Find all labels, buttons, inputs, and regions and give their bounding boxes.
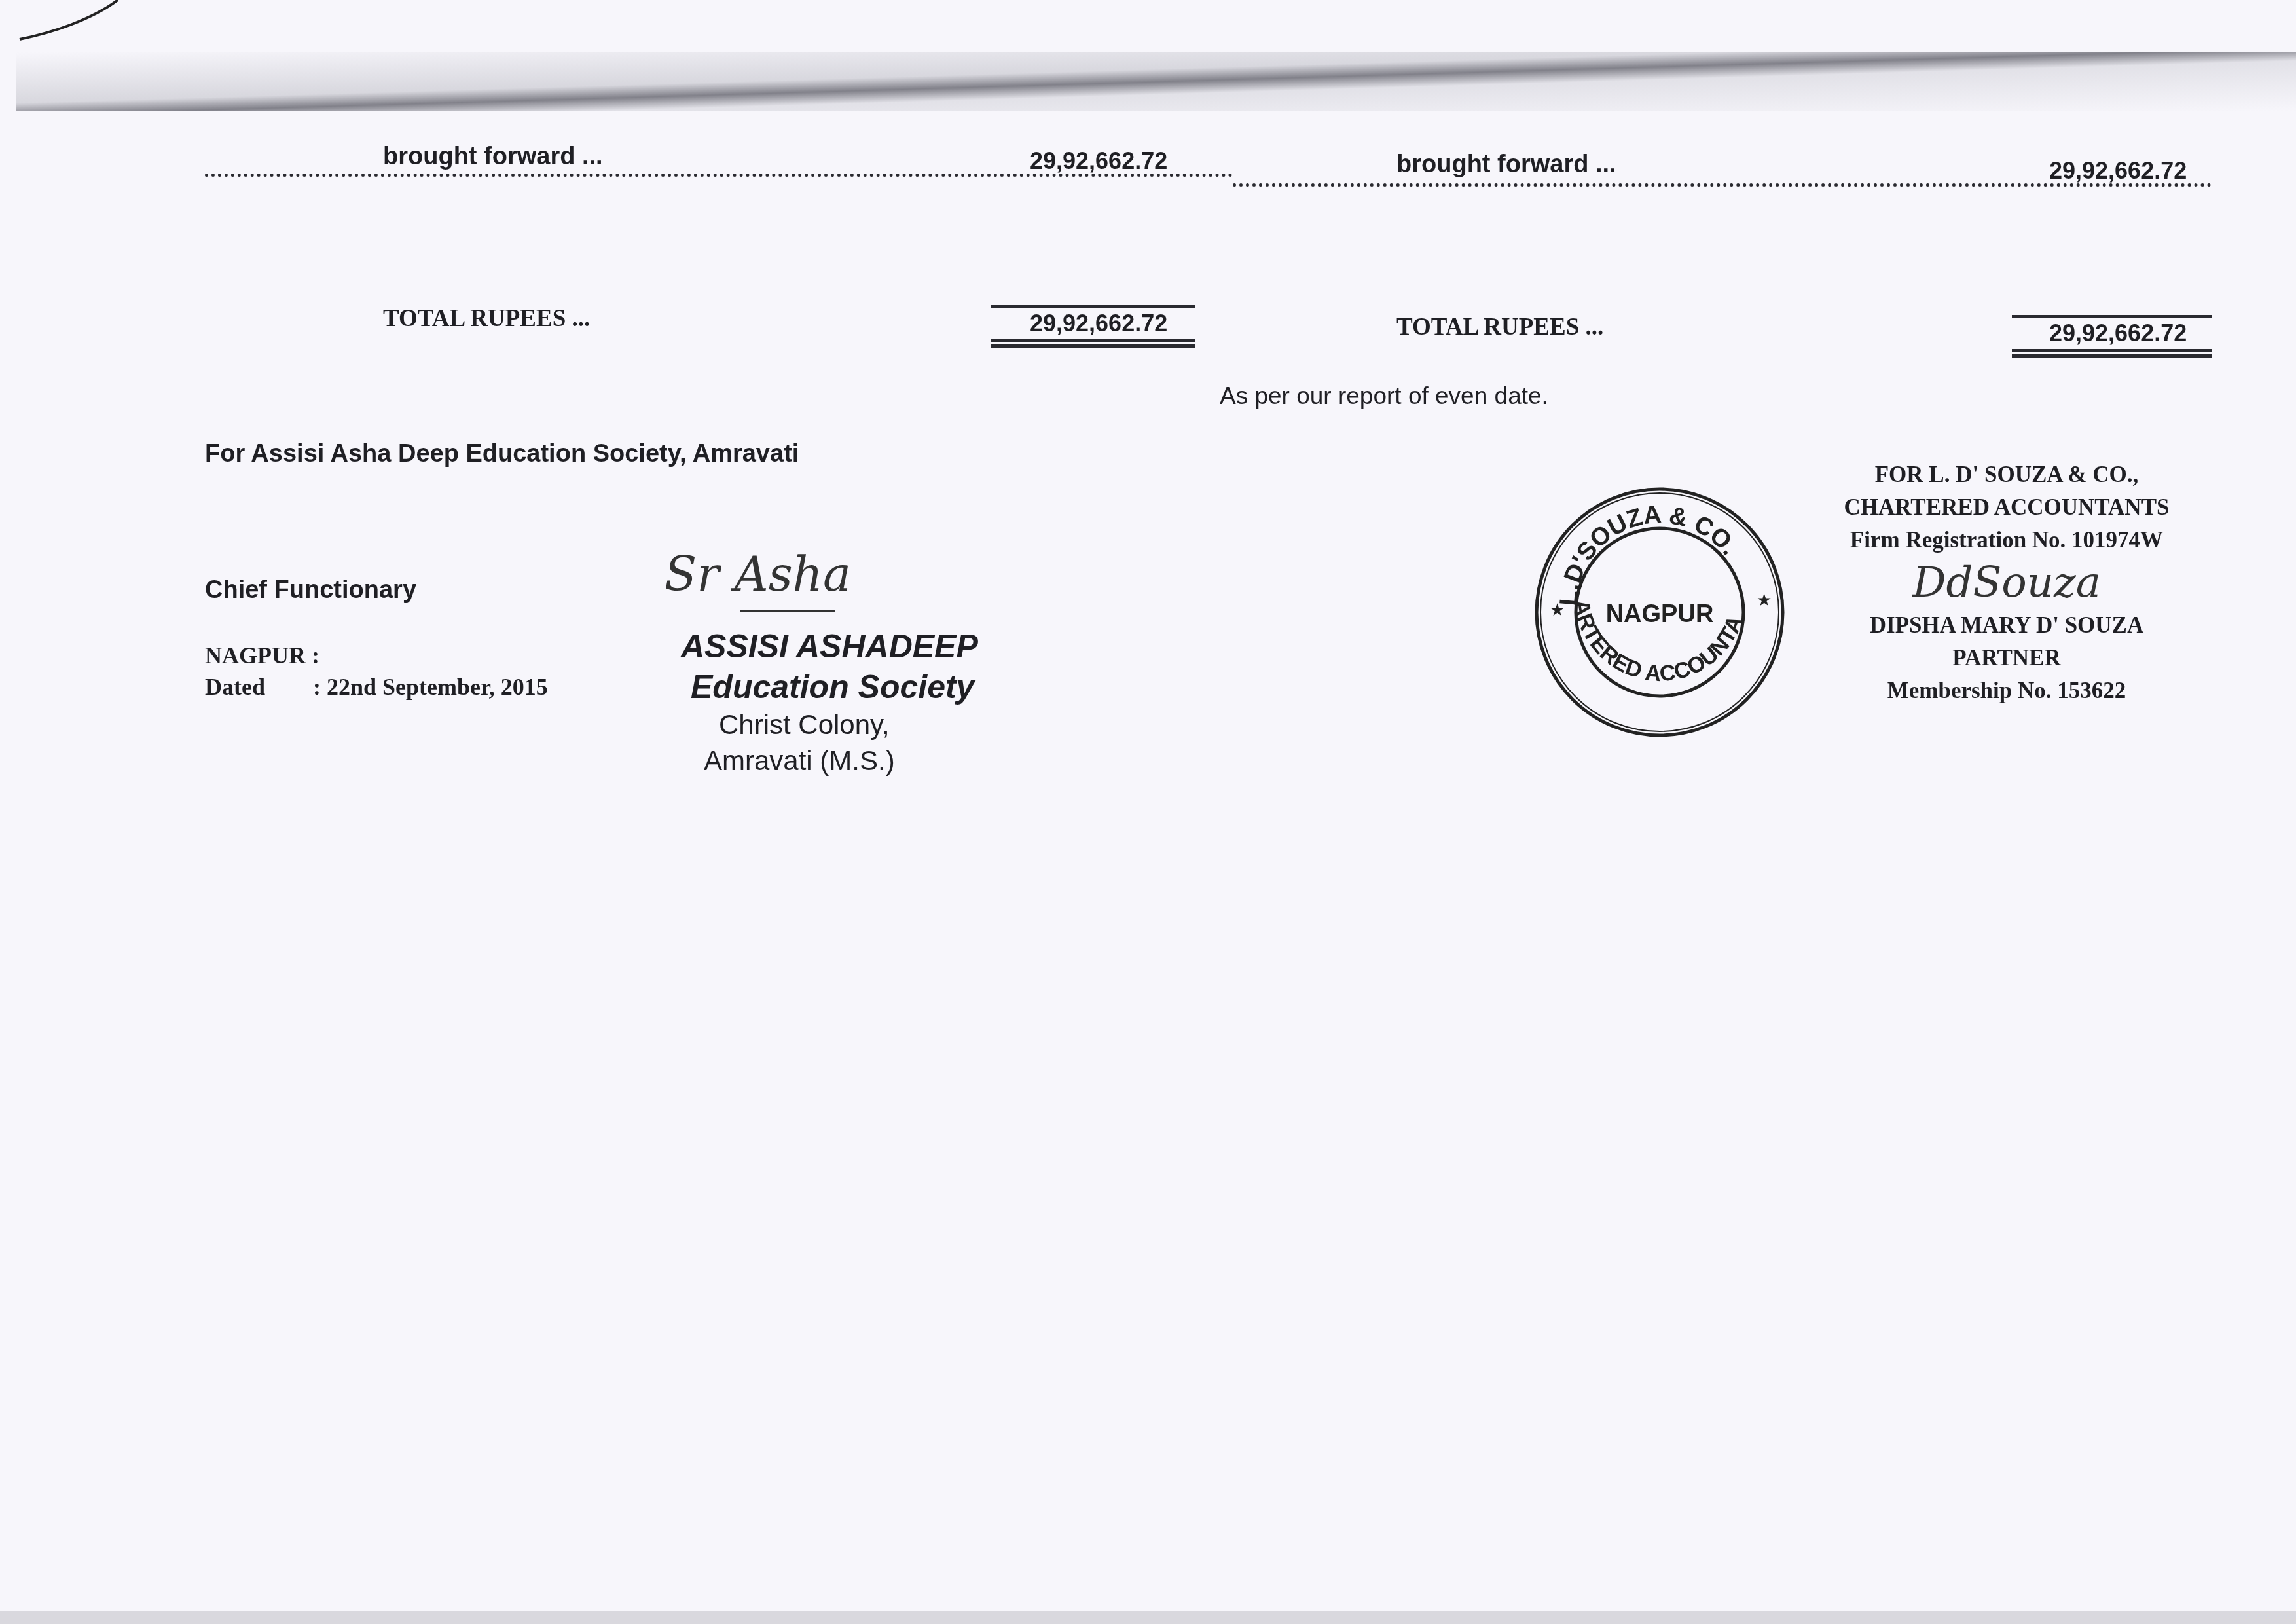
- auditor-firm-registration: Firm Registration No. 101974W: [1800, 524, 2213, 557]
- seal-star-right-icon: ★: [1757, 590, 1772, 610]
- auditor-seal: L.D'SOUZA & CO. CHARTERED ACCOUNTANTS NA…: [1529, 481, 1791, 747]
- place-label: NAGPUR :: [205, 642, 319, 669]
- left-brought-forward-amount: 29,92,662.72: [1030, 147, 1167, 175]
- society-heading: For Assisi Asha Deep Education Society, …: [205, 440, 799, 468]
- right-total-double-rule-2: [2012, 354, 2212, 358]
- right-total-top-rule: [2012, 315, 2212, 318]
- left-dotted-rule: [205, 174, 1233, 177]
- auditor-partner-title: PARTNER: [1800, 642, 2213, 674]
- left-total-double-rule-2: [991, 344, 1195, 348]
- right-total-amount: 29,92,662.72: [2049, 320, 2187, 347]
- left-total-label: TOTAL RUPEES ...: [383, 304, 590, 333]
- right-brought-forward-label: brought forward ...: [1396, 151, 1616, 179]
- society-stamp-line1: ASSISI ASHADEEP: [681, 627, 978, 665]
- society-stamp-line2: Education Society: [691, 668, 974, 706]
- left-total-top-rule: [991, 305, 1195, 308]
- chief-functionary-label: Chief Functionary: [205, 576, 416, 604]
- chief-functionary-signature: Sr Asha: [665, 547, 851, 602]
- right-total-double-rule-1: [2012, 349, 2212, 352]
- left-total-amount: 29,92,662.72: [1030, 310, 1167, 337]
- seal-star-left-icon: ★: [1550, 600, 1565, 619]
- right-brought-forward-amount: 29,92,662.72: [2049, 157, 2187, 185]
- auditor-designation-line: CHARTERED ACCOUNTANTS: [1800, 491, 2213, 524]
- society-stamp-line4: Amravati (M.S.): [704, 745, 895, 777]
- right-dotted-rule: [1233, 183, 2212, 187]
- report-note: As per our report of even date.: [1220, 382, 1548, 410]
- right-total-label: TOTAL RUPEES ...: [1396, 313, 1603, 341]
- dated-label: Dated: [205, 673, 265, 701]
- auditor-firm-line: FOR L. D' SOUZA & CO.,: [1800, 458, 2213, 491]
- auditor-membership-no: Membership No. 153622: [1800, 674, 2213, 707]
- page-bottom-edge: [0, 1611, 2296, 1624]
- auditor-block: FOR L. D' SOUZA & CO., CHARTERED ACCOUNT…: [1800, 458, 2213, 707]
- left-total-double-rule-1: [991, 339, 1195, 342]
- page-fold-shadow: [16, 52, 2296, 111]
- society-stamp-line3: Christ Colony,: [719, 709, 890, 741]
- auditor-partner-name: DIPSHA MARY D' SOUZA: [1800, 609, 2213, 642]
- signature-underline: [740, 610, 835, 612]
- dated-value: : 22nd September, 2015: [313, 673, 548, 701]
- seal-center-text: NAGPUR: [1606, 600, 1714, 628]
- corner-pen-mark: [13, 0, 131, 49]
- auditor-signature: DdSouza: [1800, 557, 2213, 609]
- left-brought-forward-label: brought forward ...: [383, 143, 603, 171]
